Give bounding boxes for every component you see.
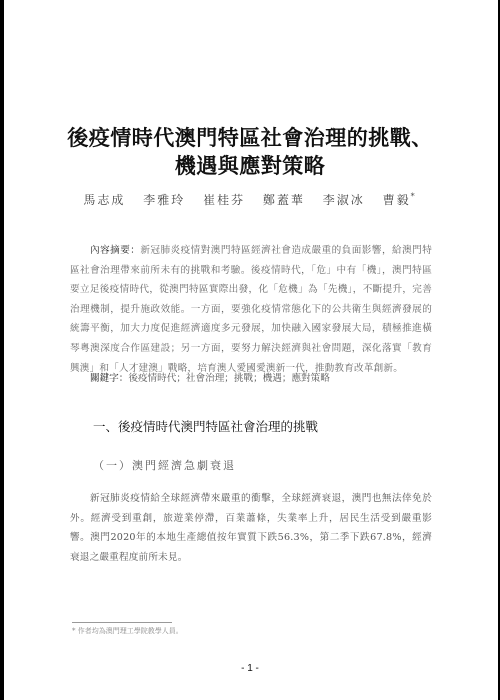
author: 馬志成 bbox=[83, 193, 125, 207]
keywords-label: 關鍵字： bbox=[90, 373, 128, 384]
author-footnote-mark: * bbox=[411, 192, 417, 201]
author: 鄭蓋華 bbox=[263, 193, 305, 207]
footnote: * 作者均為澳門理工學院教學人員。 bbox=[72, 626, 183, 636]
paper-title-line-2: 機遇與應對策略 bbox=[0, 150, 500, 180]
subsection-heading: （一）澳門經濟急劇衰退 bbox=[93, 457, 236, 473]
author: 李淑冰 bbox=[323, 193, 365, 207]
footnote-divider bbox=[72, 622, 172, 623]
body-paragraph: 新冠肺炎疫情給全球經濟帶來嚴重的衝擊，全球經濟衰退，澳門也無法倖免於外。經濟受到… bbox=[70, 489, 432, 567]
author-list: 馬志成 李雅玲 崔桂芬 鄭蓋華 李淑冰 曹毅* bbox=[0, 191, 500, 208]
section-heading: 一、後疫情時代澳門特區社會治理的挑戰 bbox=[93, 417, 318, 435]
author: 李雅玲 bbox=[143, 193, 185, 207]
page-number: - 1 - bbox=[0, 663, 500, 674]
abstract-text: 新冠肺炎疫情對澳門特區經濟社會造成嚴重的負面影響，給澳門特區社會治理帶來前所未有… bbox=[70, 245, 432, 374]
abstract-label: 內容摘要： bbox=[90, 245, 140, 256]
paper-page: 後疫情時代澳門特區社會治理的挑戰、 機遇與應對策略 馬志成 李雅玲 崔桂芬 鄭蓋… bbox=[0, 0, 500, 700]
author: 曹毅 bbox=[383, 193, 411, 207]
paper-title-line-1: 後疫情時代澳門特區社會治理的挑戰、 bbox=[0, 122, 500, 152]
keywords-text: 後疫情時代；社會治理；挑戰；機遇；應對策略 bbox=[128, 373, 329, 384]
keywords: 關鍵字：後疫情時代；社會治理；挑戰；機遇；應對策略 bbox=[90, 370, 330, 384]
abstract: 內容摘要：新冠肺炎疫情對澳門特區經濟社會造成嚴重的負面影響，給澳門特區社會治理帶… bbox=[70, 241, 432, 378]
author: 崔桂芬 bbox=[203, 193, 245, 207]
